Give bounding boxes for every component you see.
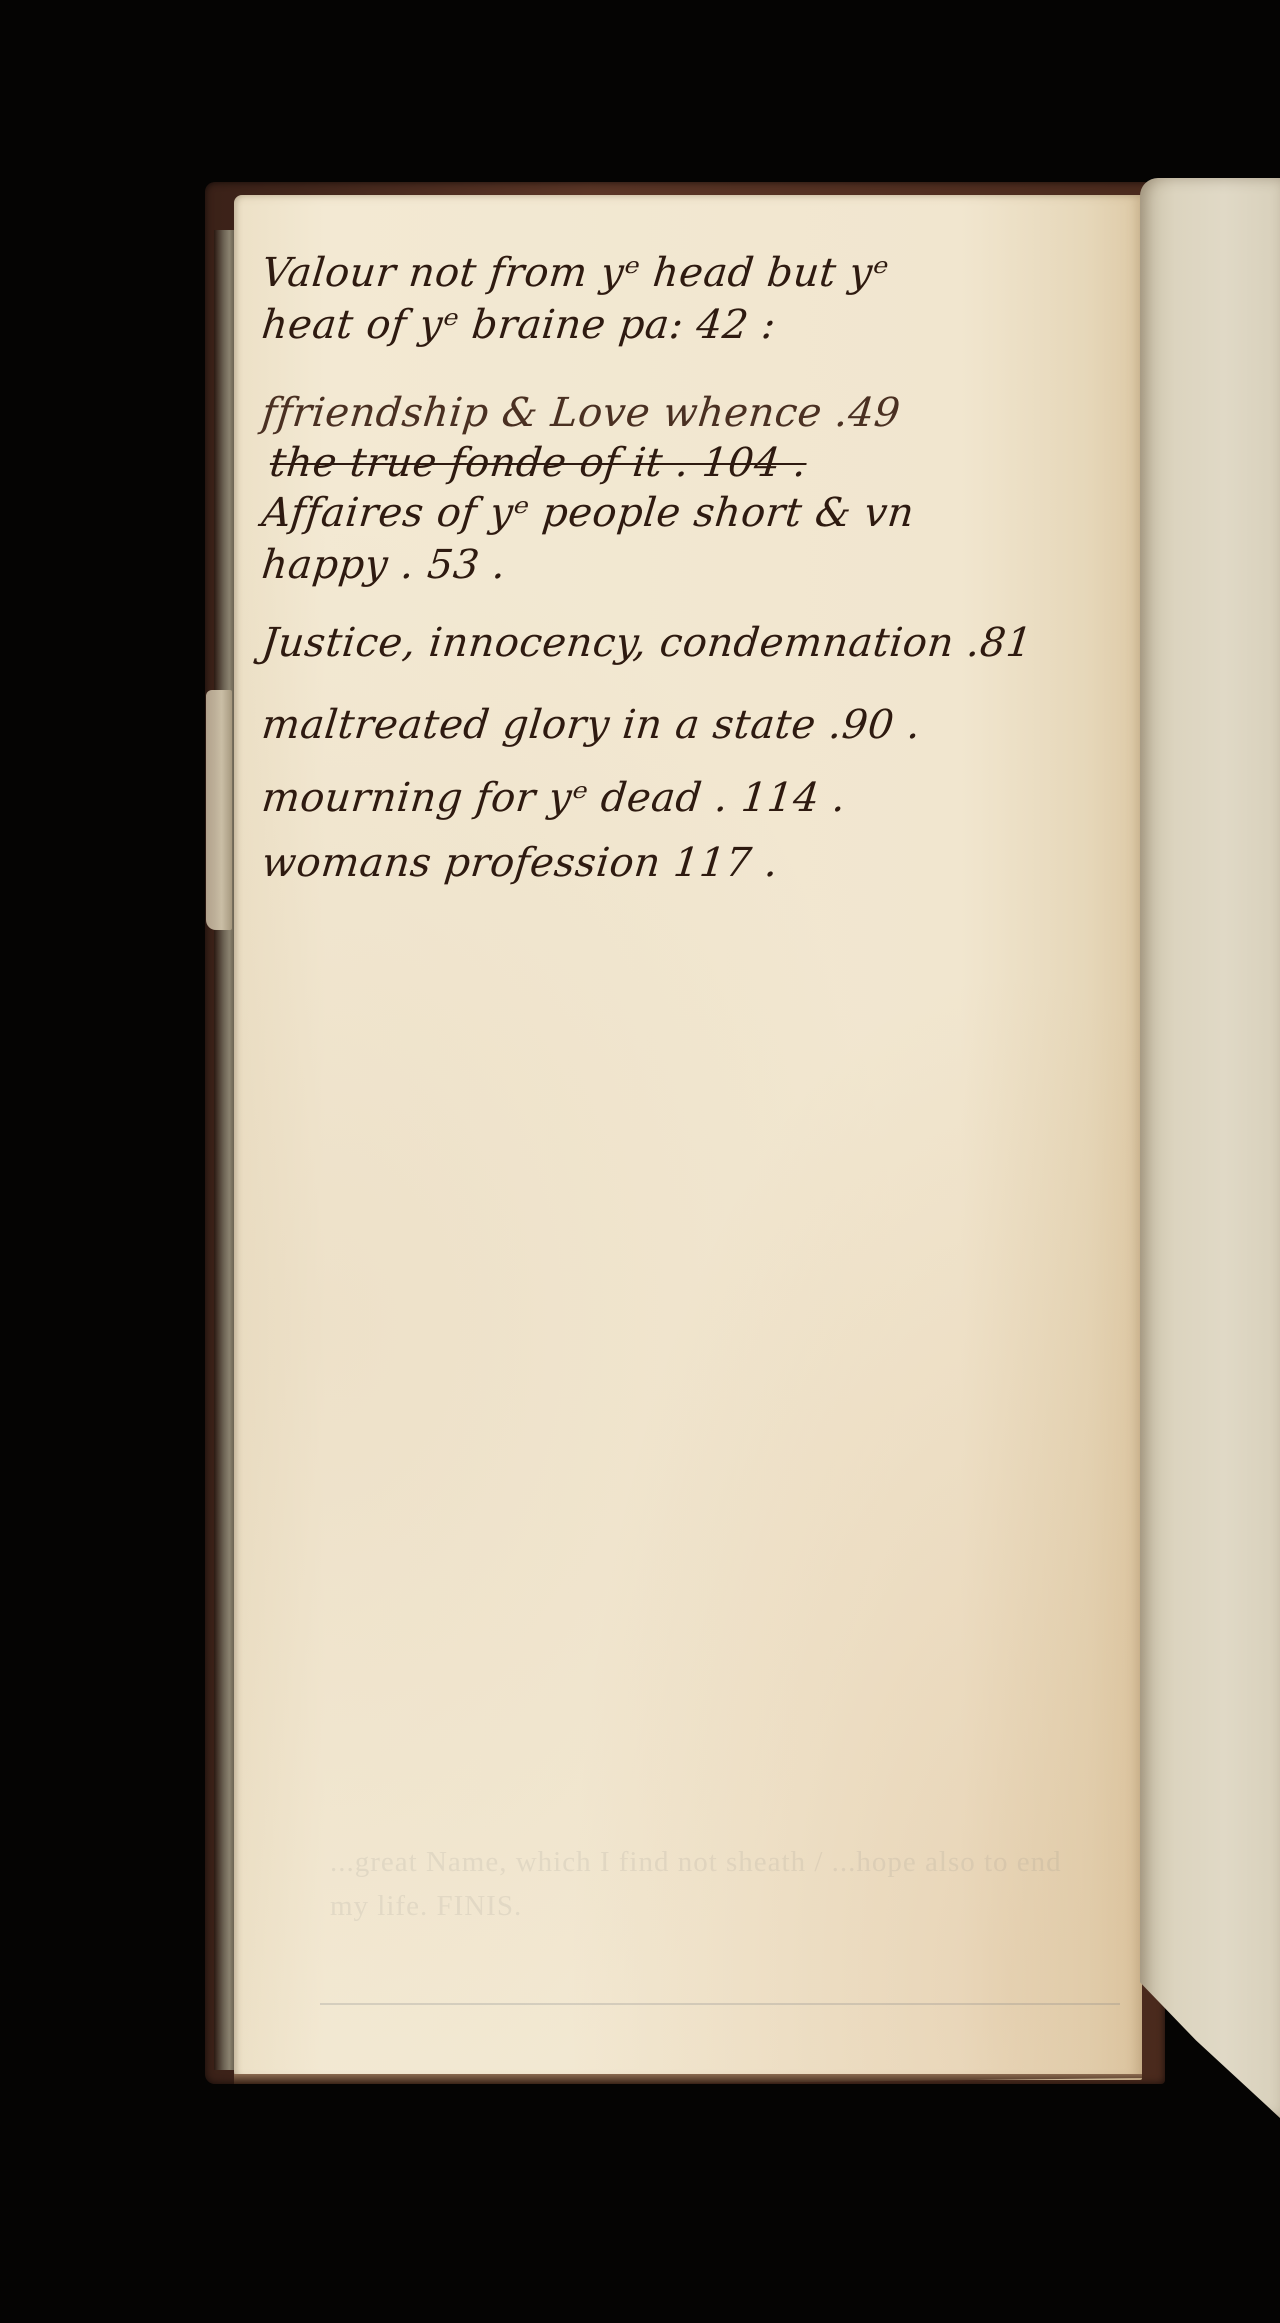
- index-line-6: happy . 53 .: [260, 542, 509, 588]
- torn-binding-paper: [206, 690, 232, 930]
- index-line-3: ffriendship & Love whence .49: [260, 390, 903, 436]
- facing-page-edge: [1140, 178, 1280, 2118]
- index-line-8: maltreated glory in a state .90 .: [260, 702, 923, 748]
- index-line-5: Affaires of yᵉ people short & vn: [260, 490, 917, 536]
- index-line-4-struck: the true fonde of it . 104 .: [268, 440, 809, 486]
- book-gutter: [214, 230, 236, 2070]
- index-line-10: womans profession 117 .: [260, 840, 781, 886]
- index-line-2: heat of yᵉ braine pa: 42 :: [260, 302, 779, 348]
- showthrough-rule-line: [320, 2003, 1120, 2005]
- index-line-7: Justice, innocency, condemnation .81: [260, 620, 1035, 666]
- index-line-9: mourning for yᵉ dead . 114 .: [260, 775, 849, 821]
- index-line-1: Valour not from yᵉ head but yᵉ: [260, 250, 891, 296]
- showthrough-fragment: ...great Name, which I find not sheath /…: [330, 1840, 1100, 1928]
